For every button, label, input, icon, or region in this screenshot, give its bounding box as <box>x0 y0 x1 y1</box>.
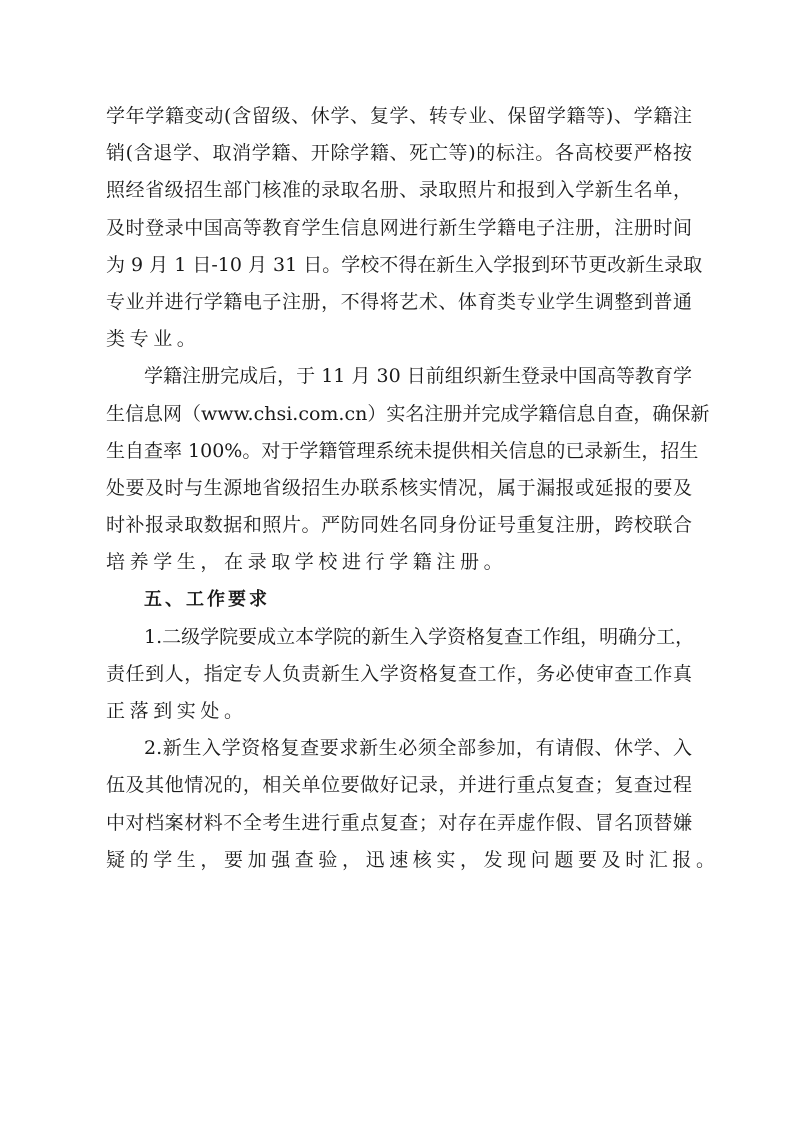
section-heading: 五、工作要求 <box>106 581 692 618</box>
text-line: 学年学籍变动(含留级、休学、复学、转专业、保留学籍等)、学籍注 <box>106 98 692 135</box>
text-line: 处要及时与生源地省级招生办联系核实情况，属于漏报或延报的要及 <box>106 470 692 507</box>
text-line: 正落到实处。 <box>106 693 692 730</box>
paragraph-enrollment-registration: 学年学籍变动(含留级、休学、复学、转专业、保留学籍等)、学籍注 销(含退学、取消… <box>106 98 692 358</box>
text-line: 伍及其他情况的，相关单位要做好记录，并进行重点复查；复查过程 <box>106 767 692 804</box>
text-line: 学籍注册完成后，于 11 月 30 日前组织新生登录中国高等教育学 <box>106 358 692 395</box>
paragraph-review-requirements: 2.新生入学资格复查要求新生必须全部参加，有请假、休学、入 伍及其他情况的，相关… <box>106 730 692 879</box>
text-line: 中对档案材料不全考生进行重点复查；对存在弄虚作假、冒名顶替嫌 <box>106 805 692 842</box>
text-line: 2.新生入学资格复查要求新生必须全部参加，有请假、休学、入 <box>106 730 692 767</box>
text-line: 疑的学生，要加强查验，迅速核实，发现问题要及时汇报。 <box>106 842 692 879</box>
text-line: 责任到人，指定专人负责新生入学资格复查工作，务必使审查工作真 <box>106 656 692 693</box>
text-line: 生自查率 100%。对于学籍管理系统未提供相关信息的已录新生，招生 <box>106 433 692 470</box>
paragraph-review-team: 1.二级学院要成立本学院的新生入学资格复查工作组，明确分工， 责任到人，指定专人… <box>106 619 692 731</box>
text-line: 照经省级招生部门核准的录取名册、录取照片和报到入学新生名单， <box>106 172 692 209</box>
paragraph-chsi-verification: 学籍注册完成后，于 11 月 30 日前组织新生登录中国高等教育学 生信息网（w… <box>106 358 692 581</box>
text-line: 时补报录取数据和照片。严防同姓名同身份证号重复注册，跨校联合 <box>106 507 692 544</box>
text-line: 为 9 月 1 日-10 月 31 日。学校不得在新生入学报到环节更改新生录取 <box>106 247 692 284</box>
text-line: 1.二级学院要成立本学院的新生入学资格复查工作组，明确分工， <box>106 619 692 656</box>
text-line: 培养学生，在录取学校进行学籍注册。 <box>106 544 692 581</box>
text-line: 及时登录中国高等教育学生信息网进行新生学籍电子注册，注册时间 <box>106 210 692 247</box>
text-line: 销(含退学、取消学籍、开除学籍、死亡等)的标注。各高校要严格按 <box>106 135 692 172</box>
document-page: 学年学籍变动(含留级、休学、复学、转专业、保留学籍等)、学籍注 销(含退学、取消… <box>106 98 692 879</box>
text-line: 类专业。 <box>106 321 692 358</box>
text-line: 专业并进行学籍电子注册，不得将艺术、体育类专业学生调整到普通 <box>106 284 692 321</box>
text-line: 生信息网（www.chsi.com.cn）实名注册并完成学籍信息自查，确保新 <box>106 396 692 433</box>
